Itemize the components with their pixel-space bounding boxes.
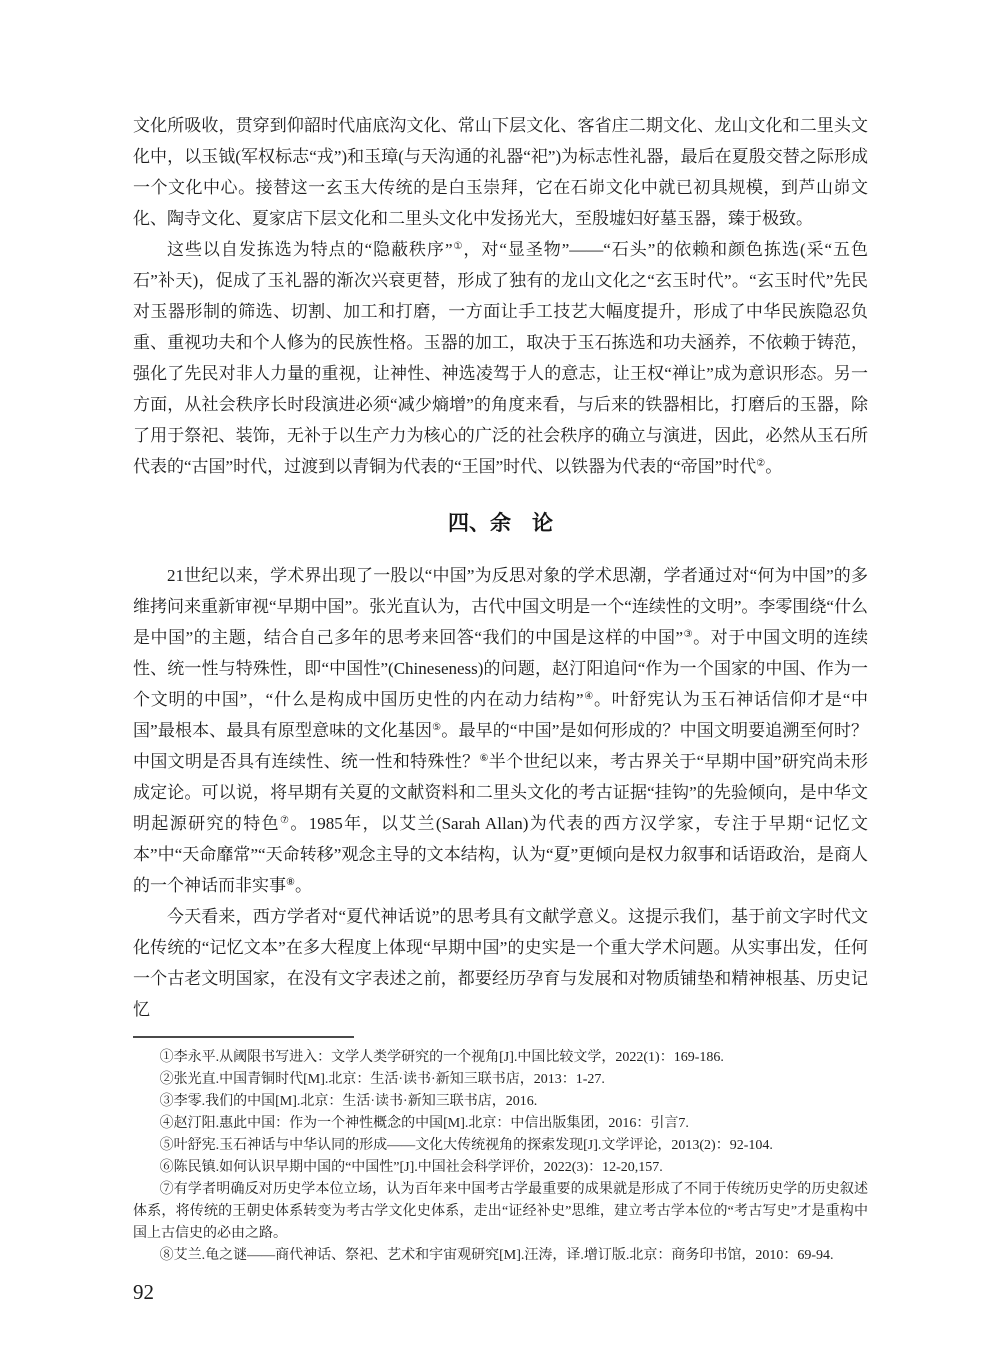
footnote-ref-marker: ⑧: [286, 877, 295, 888]
footnote-ref-marker: ③: [683, 629, 693, 640]
footnote-item: ④赵汀阳.惠此中国：作为一个神性概念的中国[M].北京：中信出版集团，2016：…: [133, 1113, 868, 1135]
footnote-item: ⑤叶舒宪.玉石神话与中华认同的形成——文化大传统视角的探索发现[J].文学评论，…: [133, 1135, 868, 1157]
footnote-ref-marker: ⑥: [479, 753, 488, 764]
footnote-ref-marker: ⑤: [432, 722, 441, 733]
body-paragraph: 文化所吸收，贯穿到仰韶时代庙底沟文化、常山下层文化、客省庄二期文化、龙山文化和二…: [133, 110, 868, 234]
body-paragraph: 今天看来，西方学者对“夏代神话说”的思考具有文献学意义。这提示我们，基于前文字时…: [133, 901, 868, 1025]
article-body: 文化所吸收，贯穿到仰韶时代庙底沟文化、常山下层文化、客省庄二期文化、龙山文化和二…: [133, 110, 868, 1305]
footnote-ref-marker: ④: [584, 691, 595, 702]
body-paragraph: 这些以自发拣选为特点的“隐蔽秩序”①，对“显圣物”——“石头”的依赖和颜色拣选(…: [133, 234, 868, 482]
section-heading: 四、余 论: [133, 508, 868, 538]
footnote-item: ②张光直.中国青铜时代[M].北京：生活·读书·新知三联书店，2013：1-27…: [133, 1069, 868, 1091]
body-sections: 文化所吸收，贯穿到仰韶时代庙底沟文化、常山下层文化、客省庄二期文化、龙山文化和二…: [133, 110, 868, 1025]
page-number: 92: [133, 1279, 868, 1305]
footnote-item: ③李零.我们的中国[M].北京：生活·读书·新知三联书店，2016.: [133, 1091, 868, 1113]
footnote-item: ⑦有学者明确反对历史学本位立场，认为百年来中国考古学最重要的成果就是形成了不同于…: [133, 1179, 868, 1245]
footnote-separator: [133, 1036, 354, 1038]
footnote-item: ⑥陈民镇.如何认识早期中国的“中国性”[J].中国社会科学评价，2022(3)：…: [133, 1157, 868, 1179]
footnote-ref-marker: ⑦: [280, 815, 290, 826]
footnote-item: ⑧艾兰.龟之谜——商代神话、祭祀、艺术和宇宙观研究[M].汪涛，译.增订版.北京…: [133, 1245, 868, 1267]
footnote-ref-marker: ②: [756, 458, 765, 469]
body-paragraph: 21世纪以来，学术界出现了一股以“中国”为反思对象的学术思潮，学者通过对“何为中…: [133, 560, 868, 901]
footnote-item: ①李永平.从阈限书写进入：文学人类学研究的一个视角[J].中国比较文学，2022…: [133, 1047, 868, 1069]
footnotes: ①李永平.从阈限书写进入：文学人类学研究的一个视角[J].中国比较文学，2022…: [133, 1047, 868, 1267]
footnote-ref-marker: ①: [453, 241, 464, 252]
paper-page: 文化所吸收，贯穿到仰韶时代庙底沟文化、常山下层文化、客省庄二期文化、龙山文化和二…: [0, 0, 1000, 1347]
